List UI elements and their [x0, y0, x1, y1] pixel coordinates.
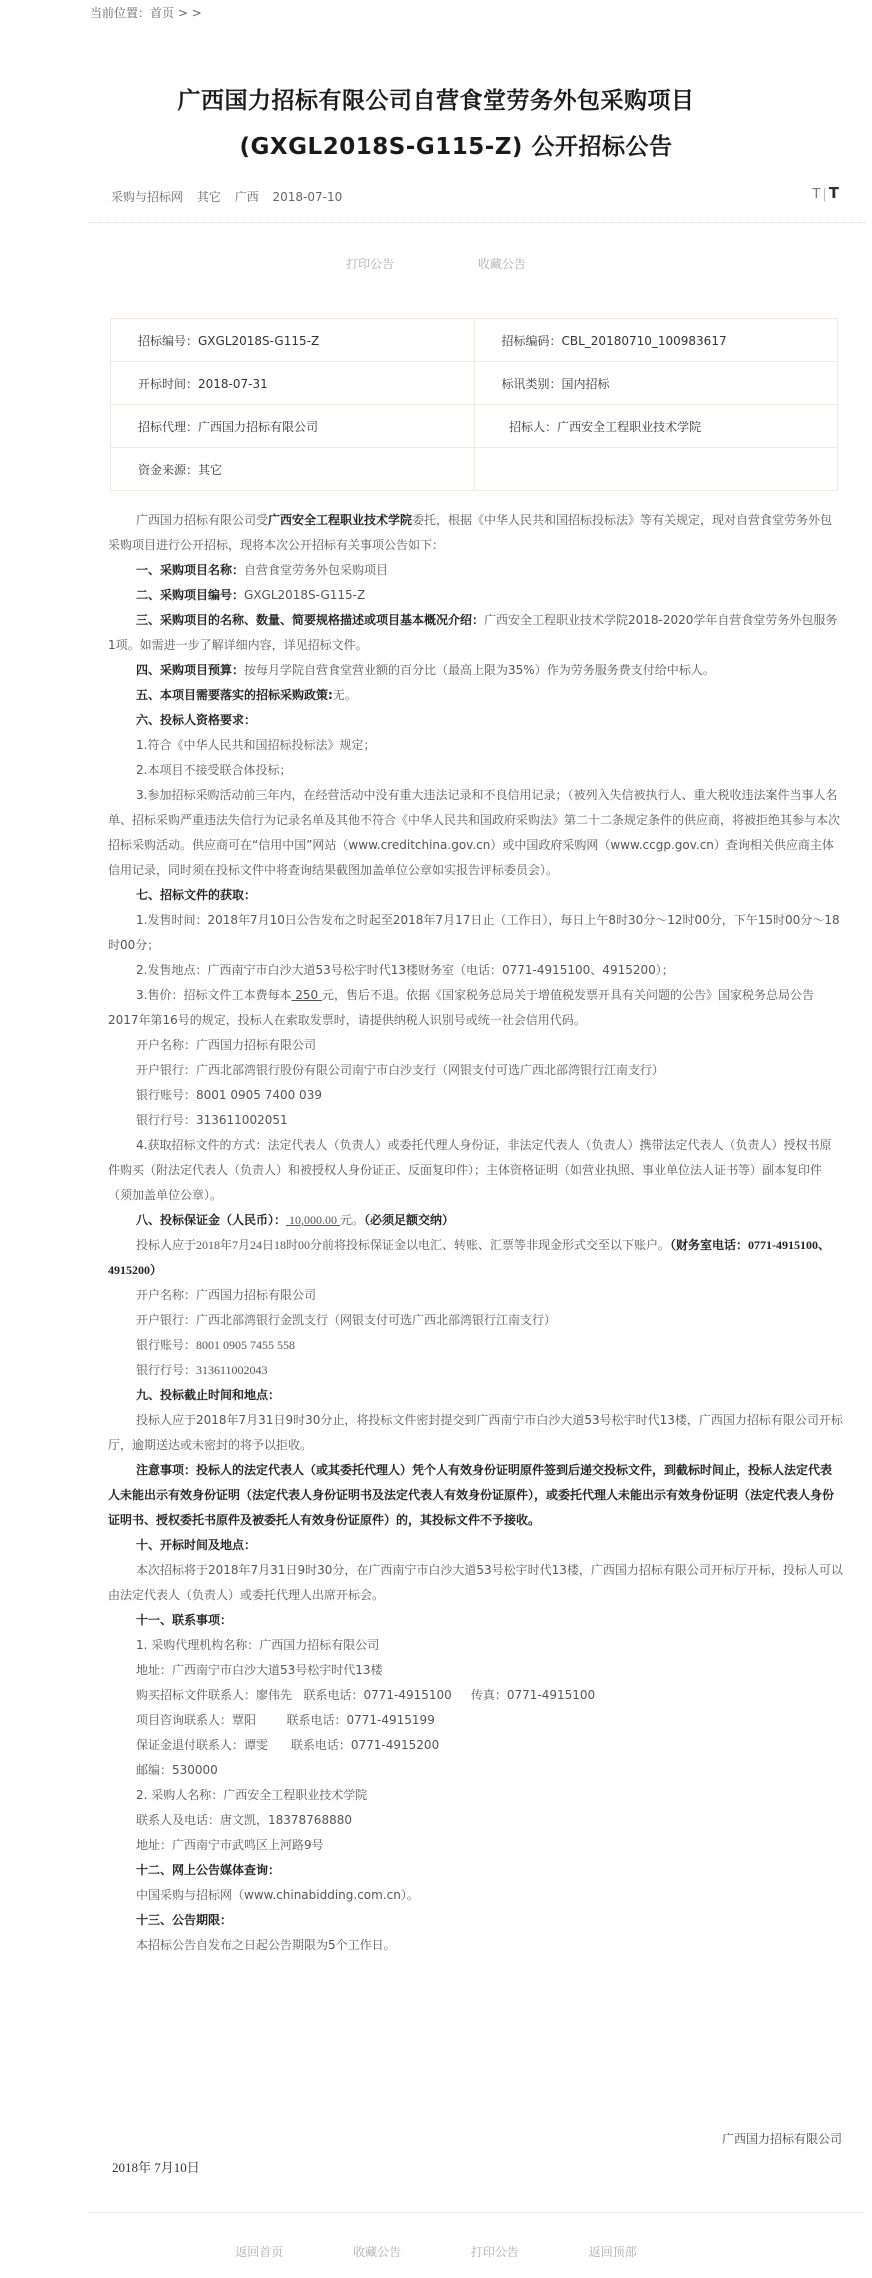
section-heading: 六、投标人资格要求：	[136, 713, 256, 727]
bid-code-cell: 招标编码：CBL_20180710_100983617	[474, 319, 838, 362]
account-name: 开户名称：广西国力招标有限公司	[108, 1033, 843, 1058]
section-6-item-3: 3.参加招标采购活动前三年内，在经营活动中没有重大违法记录和不良信用记录；（被列…	[108, 783, 843, 883]
section-heading: 五、本项目需要落实的招标采购政策:	[136, 688, 333, 702]
section-2: 二、采购项目编号：GXGL2018S-G115-Z	[108, 583, 843, 608]
print-link[interactable]: 打印公告	[471, 2243, 519, 2260]
consult-contact: 项目咨询联系人：覃阳 联系电话：0771-4915199	[108, 1708, 843, 1733]
section-7-item-1: 1.发售时间：2018年7月10日公告发布之时起至2018年7月17日止（工作日…	[108, 908, 843, 958]
section-8-text: 投标人应于2018年7月24日18时00分前将投标保证金以电汇、转账、汇票等非现…	[108, 1233, 843, 1283]
section-heading: 七、招标文件的获取：	[136, 888, 256, 902]
section-text: 自营食堂劳务外包采购项目	[244, 563, 388, 577]
refund-contact: 保证金退付联系人：谭雯 联系电话：0771-4915200	[108, 1733, 843, 1758]
table-row: 招标编号：GXGL2018S-G115-Z 招标编码：CBL_20180710_…	[111, 319, 838, 362]
table-row: 资金来源：其它	[111, 448, 838, 491]
table-row: 招标代理：广西国力招标有限公司 招标人：广西安全工程职业技术学院	[111, 405, 838, 448]
section-8-heading: 八、投标保证金（人民币）： 10,000.00 元。（必须足额交纳）	[108, 1208, 843, 1233]
meta-category: 其它	[197, 190, 221, 204]
back-to-top-link[interactable]: 返回顶部	[589, 2243, 637, 2260]
collect-button[interactable]: 收藏公告	[478, 255, 526, 272]
section-13-text: 本招标公告自发布之日起公告期限为5个工作日。	[108, 1933, 843, 1958]
empty-cell	[474, 448, 838, 491]
article-meta: 采购与招标网 其它 广西 2018-07-10	[111, 188, 352, 205]
section-heading: 八、投标保证金（人民币）：	[136, 1213, 286, 1227]
footer-divider	[89, 2212, 865, 2213]
section-5: 五、本项目需要落实的招标采购政策:无。	[108, 683, 843, 708]
section-1: 一、采购项目名称：自营食堂劳务外包采购项目	[108, 558, 843, 583]
deposit-account-name: 开户名称：广西国力招标有限公司	[108, 1283, 843, 1308]
signature: 广西国力招标有限公司	[722, 2130, 842, 2147]
section-10-heading: 十、开标时间及地点：	[108, 1533, 843, 1558]
article-actions: 打印公告 收藏公告	[0, 255, 872, 272]
print-button[interactable]: 打印公告	[346, 255, 394, 272]
bid-category-cell: 标讯类别：国内招标	[474, 362, 838, 405]
section-6-heading: 六、投标人资格要求：	[108, 708, 843, 733]
price-label: 3.售价：招标文件工本费每本	[136, 988, 291, 1002]
section-6-item-1: 1.符合《中华人民共和国招标投标法》规定；	[108, 733, 843, 758]
notice-paragraph: 注意事项：投标人的法定代表人（或其委托代理人）凭个人有效身份证明原件签到后递交投…	[108, 1458, 843, 1533]
deposit-unit: 元。	[340, 1213, 364, 1227]
account-number: 银行账号：8001 0905 7400 039	[108, 1083, 843, 1108]
page-title-line-1: 广西国力招标有限公司自营食堂劳务外包采购项目	[0, 82, 872, 115]
deposit-amount: 10,000.00	[286, 1213, 340, 1227]
opening-time-cell: 开标时间：2018-07-31	[111, 362, 475, 405]
font-size-toggle: T|T	[812, 184, 839, 202]
deposit-account-bank: 开户银行：广西北部湾银行金凯支行（网银支付可选广西北部湾银行江南支行）	[108, 1308, 843, 1333]
footer-nav: 返回首页 收藏公告 打印公告 返回顶部	[0, 2243, 872, 2260]
bid-number-cell: 招标编号：GXGL2018S-G115-Z	[111, 319, 475, 362]
meta-date: 2018-07-10	[273, 190, 343, 204]
divider	[89, 222, 865, 223]
section-heading: 十三、公告期限：	[136, 1913, 232, 1927]
meta-source: 采购与招标网	[111, 190, 183, 204]
client-name: 广西安全工程职业技术学院	[268, 513, 412, 527]
section-heading: 九、投标截止时间和地点：	[136, 1388, 280, 1402]
section-heading: 二、采购项目编号：	[136, 588, 244, 602]
section-7-item-4: 4.获取招标文件的方式：法定代表人（负责人）或委托代理人身份证，非法定代表人（负…	[108, 1133, 843, 1208]
purchase-contact: 购买招标文件联系人：廖伟先 联系电话：0771-4915100 传真：0771-…	[108, 1683, 843, 1708]
font-toggle-separator: |	[822, 187, 826, 202]
collect-link[interactable]: 收藏公告	[353, 2243, 401, 2260]
section-12-heading: 十二、网上公告媒体查询：	[108, 1858, 843, 1883]
intro-text: 广西国力招标有限公司受	[136, 513, 268, 527]
section-4: 四、采购项目预算：按每月学院自营食堂营业额的百分比（最高上限为35%）作为劳务服…	[108, 658, 843, 683]
section-heading: 十二、网上公告媒体查询：	[136, 1863, 280, 1877]
notice-text: 注意事项：投标人的法定代表人（或其委托代理人）凭个人有效身份证明原件签到后递交投…	[108, 1463, 834, 1527]
agency-address: 地址：广西南宁市白沙大道53号松宇时代13楼	[108, 1658, 843, 1683]
section-text: GXGL2018S-G115-Z	[244, 588, 365, 602]
deposit-text: 投标人应于2018年7月24日18时00分前将投标保证金以电汇、转账、汇票等非现…	[136, 1238, 670, 1252]
tenderer-cell: 招标人：广西安全工程职业技术学院	[474, 405, 838, 448]
section-13-heading: 十三、公告期限：	[108, 1908, 843, 1933]
meta-region: 广西	[235, 190, 259, 204]
deposit-bank-number: 银行行号：313611002043	[108, 1358, 843, 1383]
section-7-item-2: 2.发售地点：广西南宁市白沙大道53号松宇时代13楼财务室（电话：0771-49…	[108, 958, 843, 983]
section-heading: 四、采购项目预算：	[136, 663, 244, 677]
purchaser-contact: 联系人及电话：唐文凯，18378768880	[108, 1808, 843, 1833]
announcement-body: 广西国力招标有限公司受广西安全工程职业技术学院委托，根据《中华人民共和国招标投标…	[108, 508, 843, 1958]
purchaser-name: 2. 采购人名称：广西安全工程职业技术学院	[108, 1783, 843, 1808]
section-3: 三、采购项目的名称、数量、简要规格描述或项目基本概况介绍：广西安全工程职业技术学…	[108, 608, 843, 658]
font-small-button[interactable]: T	[812, 187, 820, 202]
signature-date: 2018年 7月10日	[112, 2157, 200, 2176]
section-text: 无。	[333, 688, 357, 702]
section-heading: 三、采购项目的名称、数量、简要规格描述或项目基本概况介绍：	[136, 613, 484, 627]
postal-code: 邮编：530000	[108, 1758, 843, 1783]
section-heading: 一、采购项目名称：	[136, 563, 244, 577]
breadcrumb: 当前位置：首页 > >	[90, 4, 202, 21]
agent-cell: 招标代理：广西国力招标有限公司	[111, 405, 475, 448]
section-9-heading: 九、投标截止时间和地点：	[108, 1383, 843, 1408]
table-row: 开标时间：2018-07-31 标讯类别：国内招标	[111, 362, 838, 405]
section-7-heading: 七、招标文件的获取：	[108, 883, 843, 908]
breadcrumb-separator: > >	[178, 6, 202, 20]
section-12-text: 中国采购与招标网（www.chinabidding.com.cn）。	[108, 1883, 843, 1908]
page-title-line-2: (GXGL2018S-G115-Z) 公开招标公告	[0, 128, 872, 161]
section-9-text: 投标人应于2018年7月31日9时30分止，将投标文件密封提交到广西南宁市白沙大…	[108, 1408, 843, 1458]
bank-number: 银行行号：313611002051	[108, 1108, 843, 1133]
section-heading: 十、开标时间及地点：	[136, 1538, 256, 1552]
bid-info-table: 招标编号：GXGL2018S-G115-Z 招标编码：CBL_20180710_…	[110, 318, 838, 491]
section-10-text: 本次招标将于2018年7月31日9时30分，在广西南宁市白沙大道53号松宇时代1…	[108, 1558, 843, 1608]
section-6-item-2: 2.本项目不接受联合体投标；	[108, 758, 843, 783]
purchaser-address: 地址：广西南宁市武鸣区上河路9号	[108, 1833, 843, 1858]
funding-source-cell: 资金来源：其它	[111, 448, 475, 491]
document-price: 250	[291, 988, 322, 1002]
intro-paragraph: 广西国力招标有限公司受广西安全工程职业技术学院委托，根据《中华人民共和国招标投标…	[108, 508, 843, 558]
breadcrumb-home-link[interactable]: 首页	[150, 6, 174, 20]
font-large-button[interactable]: T	[829, 184, 839, 202]
section-heading: 十一、联系事项：	[136, 1613, 232, 1627]
section-7-item-3: 3.售价：招标文件工本费每本 250 元，售后不退。依据《国家税务总局关于增值税…	[108, 983, 843, 1033]
back-home-link[interactable]: 返回首页	[235, 2243, 283, 2260]
breadcrumb-label: 当前位置：	[90, 6, 150, 20]
deposit-account-number: 银行账号：8001 0905 7455 558	[108, 1333, 843, 1358]
deposit-note: （必须足额交纳）	[364, 1213, 454, 1227]
account-bank: 开户银行：广西北部湾银行股份有限公司南宁市白沙支行（网银支付可选广西北部湾银行江…	[108, 1058, 843, 1083]
section-text: 按每月学院自营食堂营业额的百分比（最高上限为35%）作为劳务服务费支付给中标人。	[244, 663, 715, 677]
section-11-heading: 十一、联系事项：	[108, 1608, 843, 1633]
agency-name: 1. 采购代理机构名称：广西国力招标有限公司	[108, 1633, 843, 1658]
